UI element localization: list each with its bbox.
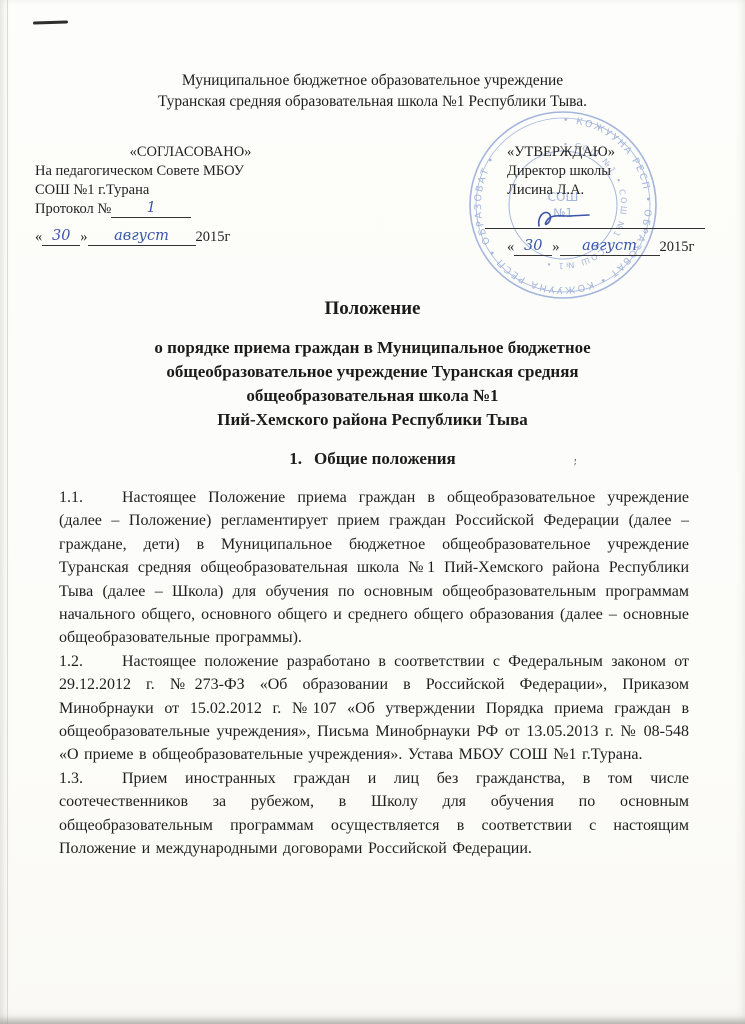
doc-subtitle-line4: Пий-Хемского района Республики Тыва [0, 408, 745, 432]
agreed-line1: На педагогическом Совете МБОУ [35, 162, 310, 181]
agreed-day-handwritten: 30 [52, 228, 70, 244]
agreed-date-line: «30»август2015г [35, 228, 310, 247]
approved-date-line: «30»август2015г [485, 238, 705, 257]
director-signature [525, 206, 645, 232]
section-heading: 1.Общие положения [0, 449, 745, 469]
agreed-month-blank: август [88, 228, 196, 246]
paragraph-1-3: 1.3.Прием иностранных граждан и лиц без … [59, 767, 689, 861]
section-heading-number: 1. [289, 449, 302, 468]
scan-bottom-shadow [0, 1016, 745, 1024]
paragraph-1-2-text: Настоящее положение разработано в соотве… [59, 653, 689, 764]
approved-year: 2015г [660, 239, 695, 255]
approved-title: «УТВЕРЖДАЮ» [485, 143, 705, 162]
doc-subtitle-line1: о порядке приема граждан в Муниципальное… [0, 336, 745, 360]
paragraph-1-2-number: 1.2. [59, 650, 122, 673]
approved-line1: Директор школы [485, 162, 705, 181]
agreed-day-blank: 30 [42, 228, 80, 246]
agreed-protocol-line: Протокол №1 [35, 200, 310, 219]
approved-month-handwritten: август [582, 238, 637, 254]
director-signature-line [485, 201, 705, 229]
paragraph-1-3-number: 1.3. [59, 767, 122, 790]
protocol-number-handwritten: 1 [147, 200, 156, 216]
section-heading-text: Общие положения [314, 449, 456, 468]
doc-header-line1: Муниципальное бюджетное образовательное … [0, 70, 745, 91]
doc-subtitle-line3: общеобразовательная школа №1 [0, 384, 745, 408]
approved-day-blank: 30 [514, 238, 552, 256]
paragraph-1-3-text: Прием иностранных граждан и лиц без граж… [59, 770, 689, 857]
document-page: ,′ Муниципальное бюджетное образовательн… [0, 0, 745, 1024]
doc-subtitle-line2: общеобразовательное учреждение Туранская… [0, 360, 745, 384]
scan-edge-line [7, 0, 8, 1024]
doc-body: 1.1.Настоящее Положение приема граждан в… [59, 486, 689, 861]
approved-day-handwritten: 30 [524, 238, 542, 254]
quote-open: « [35, 229, 42, 245]
protocol-label: Протокол № [35, 201, 111, 217]
agreed-month-handwritten: август [114, 228, 169, 244]
quote-open: « [507, 239, 514, 255]
protocol-number-blank: 1 [111, 200, 191, 218]
agreed-year: 2015г [196, 229, 231, 245]
approved-block: «УТВЕРЖДАЮ» Директор школы Лисина Л.А. «… [485, 143, 705, 257]
paragraph-1-1: 1.1.Настоящее Положение приема граждан в… [59, 486, 689, 650]
paragraph-1-1-number: 1.1. [59, 486, 122, 509]
paragraph-1-1-text: Настоящее Положение приема граждан в общ… [59, 489, 689, 646]
approved-month-blank: август [560, 238, 660, 256]
pen-mark [33, 20, 68, 24]
agreed-block: «СОГЛАСОВАНО» На педагогическом Совете М… [35, 143, 310, 247]
approved-line2: Лисина Л.А. [485, 181, 705, 200]
agreed-title: «СОГЛАСОВАНО» [35, 143, 310, 162]
quote-close: » [552, 239, 559, 255]
agreed-line2: СОШ №1 г.Турана [35, 181, 310, 200]
quote-close: » [80, 229, 87, 245]
doc-subtitle: о порядке приема граждан в Муниципальное… [0, 336, 745, 432]
paragraph-1-2: 1.2.Настоящее положение разработано в со… [59, 650, 689, 767]
